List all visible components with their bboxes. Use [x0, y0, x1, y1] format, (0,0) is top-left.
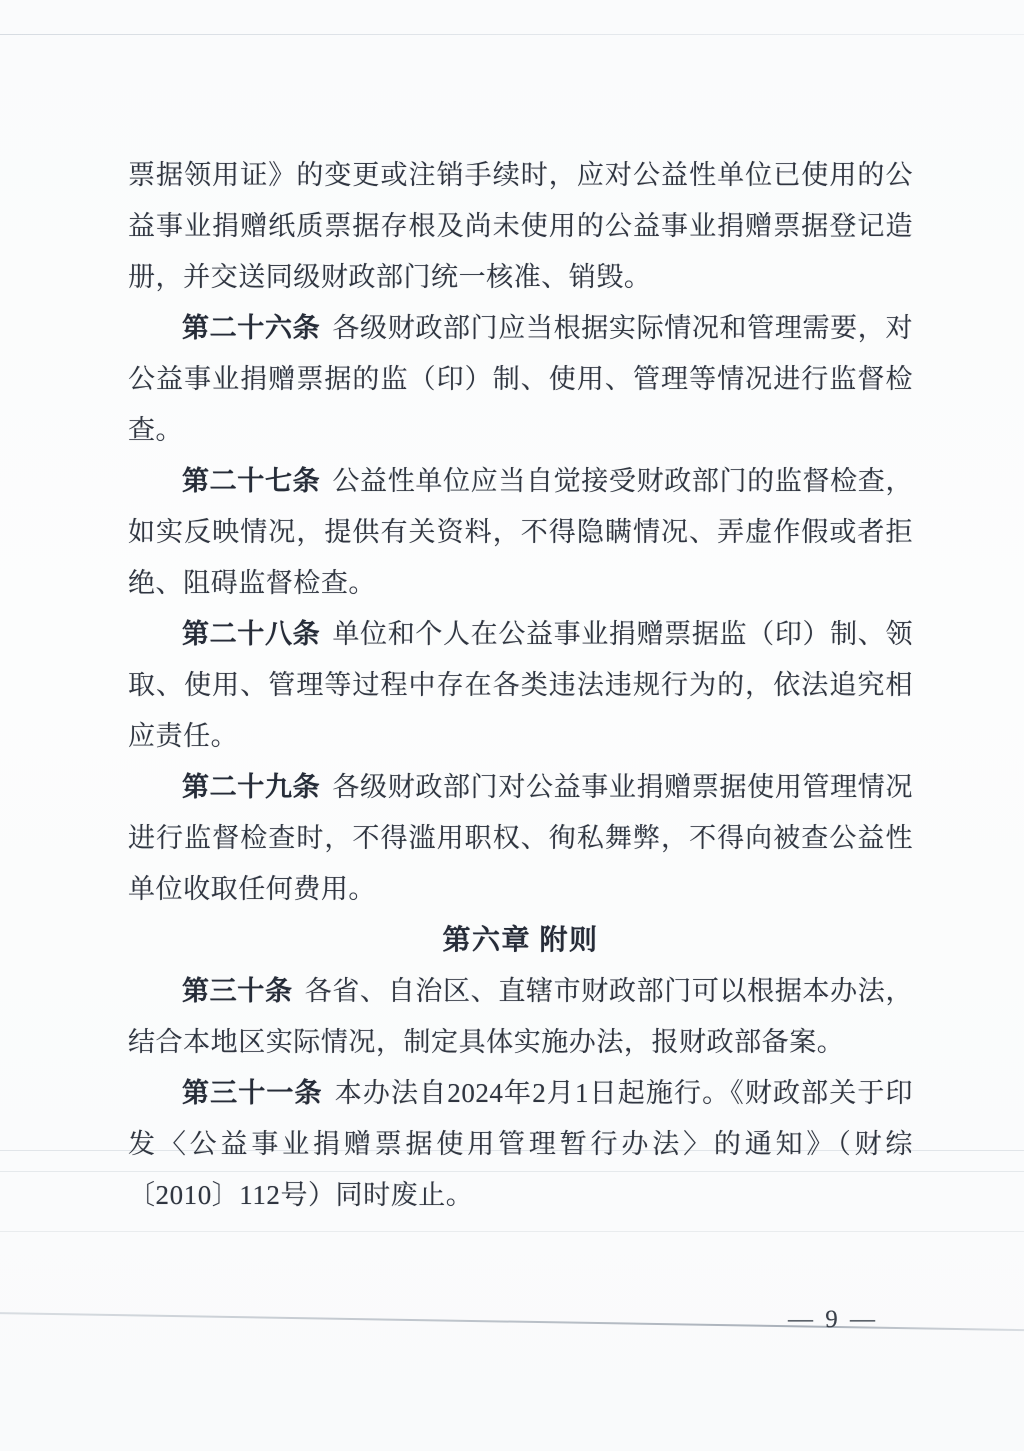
article-number: 第三十一条 — [182, 1078, 323, 1108]
scan-artifact-line — [0, 34, 1024, 35]
article-number: 第三十条 — [182, 976, 293, 1006]
paragraph: 第二十八条单位和个人在公益事业捐赠票据监（印）制、领取、使用、管理等过程中存在各… — [128, 609, 913, 762]
document-body: 票据领用证》的变更或注销手续时，应对公益性单位已使用的公益事业捐赠纸质票据存根及… — [128, 150, 913, 1221]
paragraph: 第三十一条本办法自2024年2月1日起施行。《财政部关于印发〈公益事业捐赠票据使… — [128, 1068, 913, 1221]
paragraph-text: 票据领用证》的变更或注销手续时，应对公益性单位已使用的公益事业捐赠纸质票据存根及… — [128, 160, 913, 292]
paragraph: 第二十七条公益性单位应当自觉接受财政部门的监督检查，如实反映情况，提供有关资料，… — [128, 456, 913, 609]
article-number: 第二十六条 — [182, 313, 320, 343]
paragraph: 票据领用证》的变更或注销手续时，应对公益性单位已使用的公益事业捐赠纸质票据存根及… — [128, 150, 913, 303]
paragraph: 第三十条各省、自治区、直辖市财政部门可以根据本办法，结合本地区实际情况，制定具体… — [128, 966, 913, 1068]
paragraph: 第二十九条各级财政部门对公益事业捐赠票据使用管理情况进行监督检查时，不得滥用职权… — [128, 762, 913, 915]
article-number: 第二十八条 — [182, 619, 320, 649]
scan-artifact-line — [0, 1231, 1024, 1232]
paragraph: 第二十六条各级财政部门应当根据实际情况和管理需要，对公益事业捐赠票据的监（印）制… — [128, 303, 913, 456]
document-page: 票据领用证》的变更或注销手续时，应对公益性单位已使用的公益事业捐赠纸质票据存根及… — [0, 0, 1024, 1451]
page-number: — 9 — — [788, 1306, 878, 1334]
article-number: 第二十九条 — [182, 772, 320, 802]
article-number: 第二十七条 — [182, 466, 320, 496]
chapter-heading: 第六章 附则 — [128, 915, 913, 966]
